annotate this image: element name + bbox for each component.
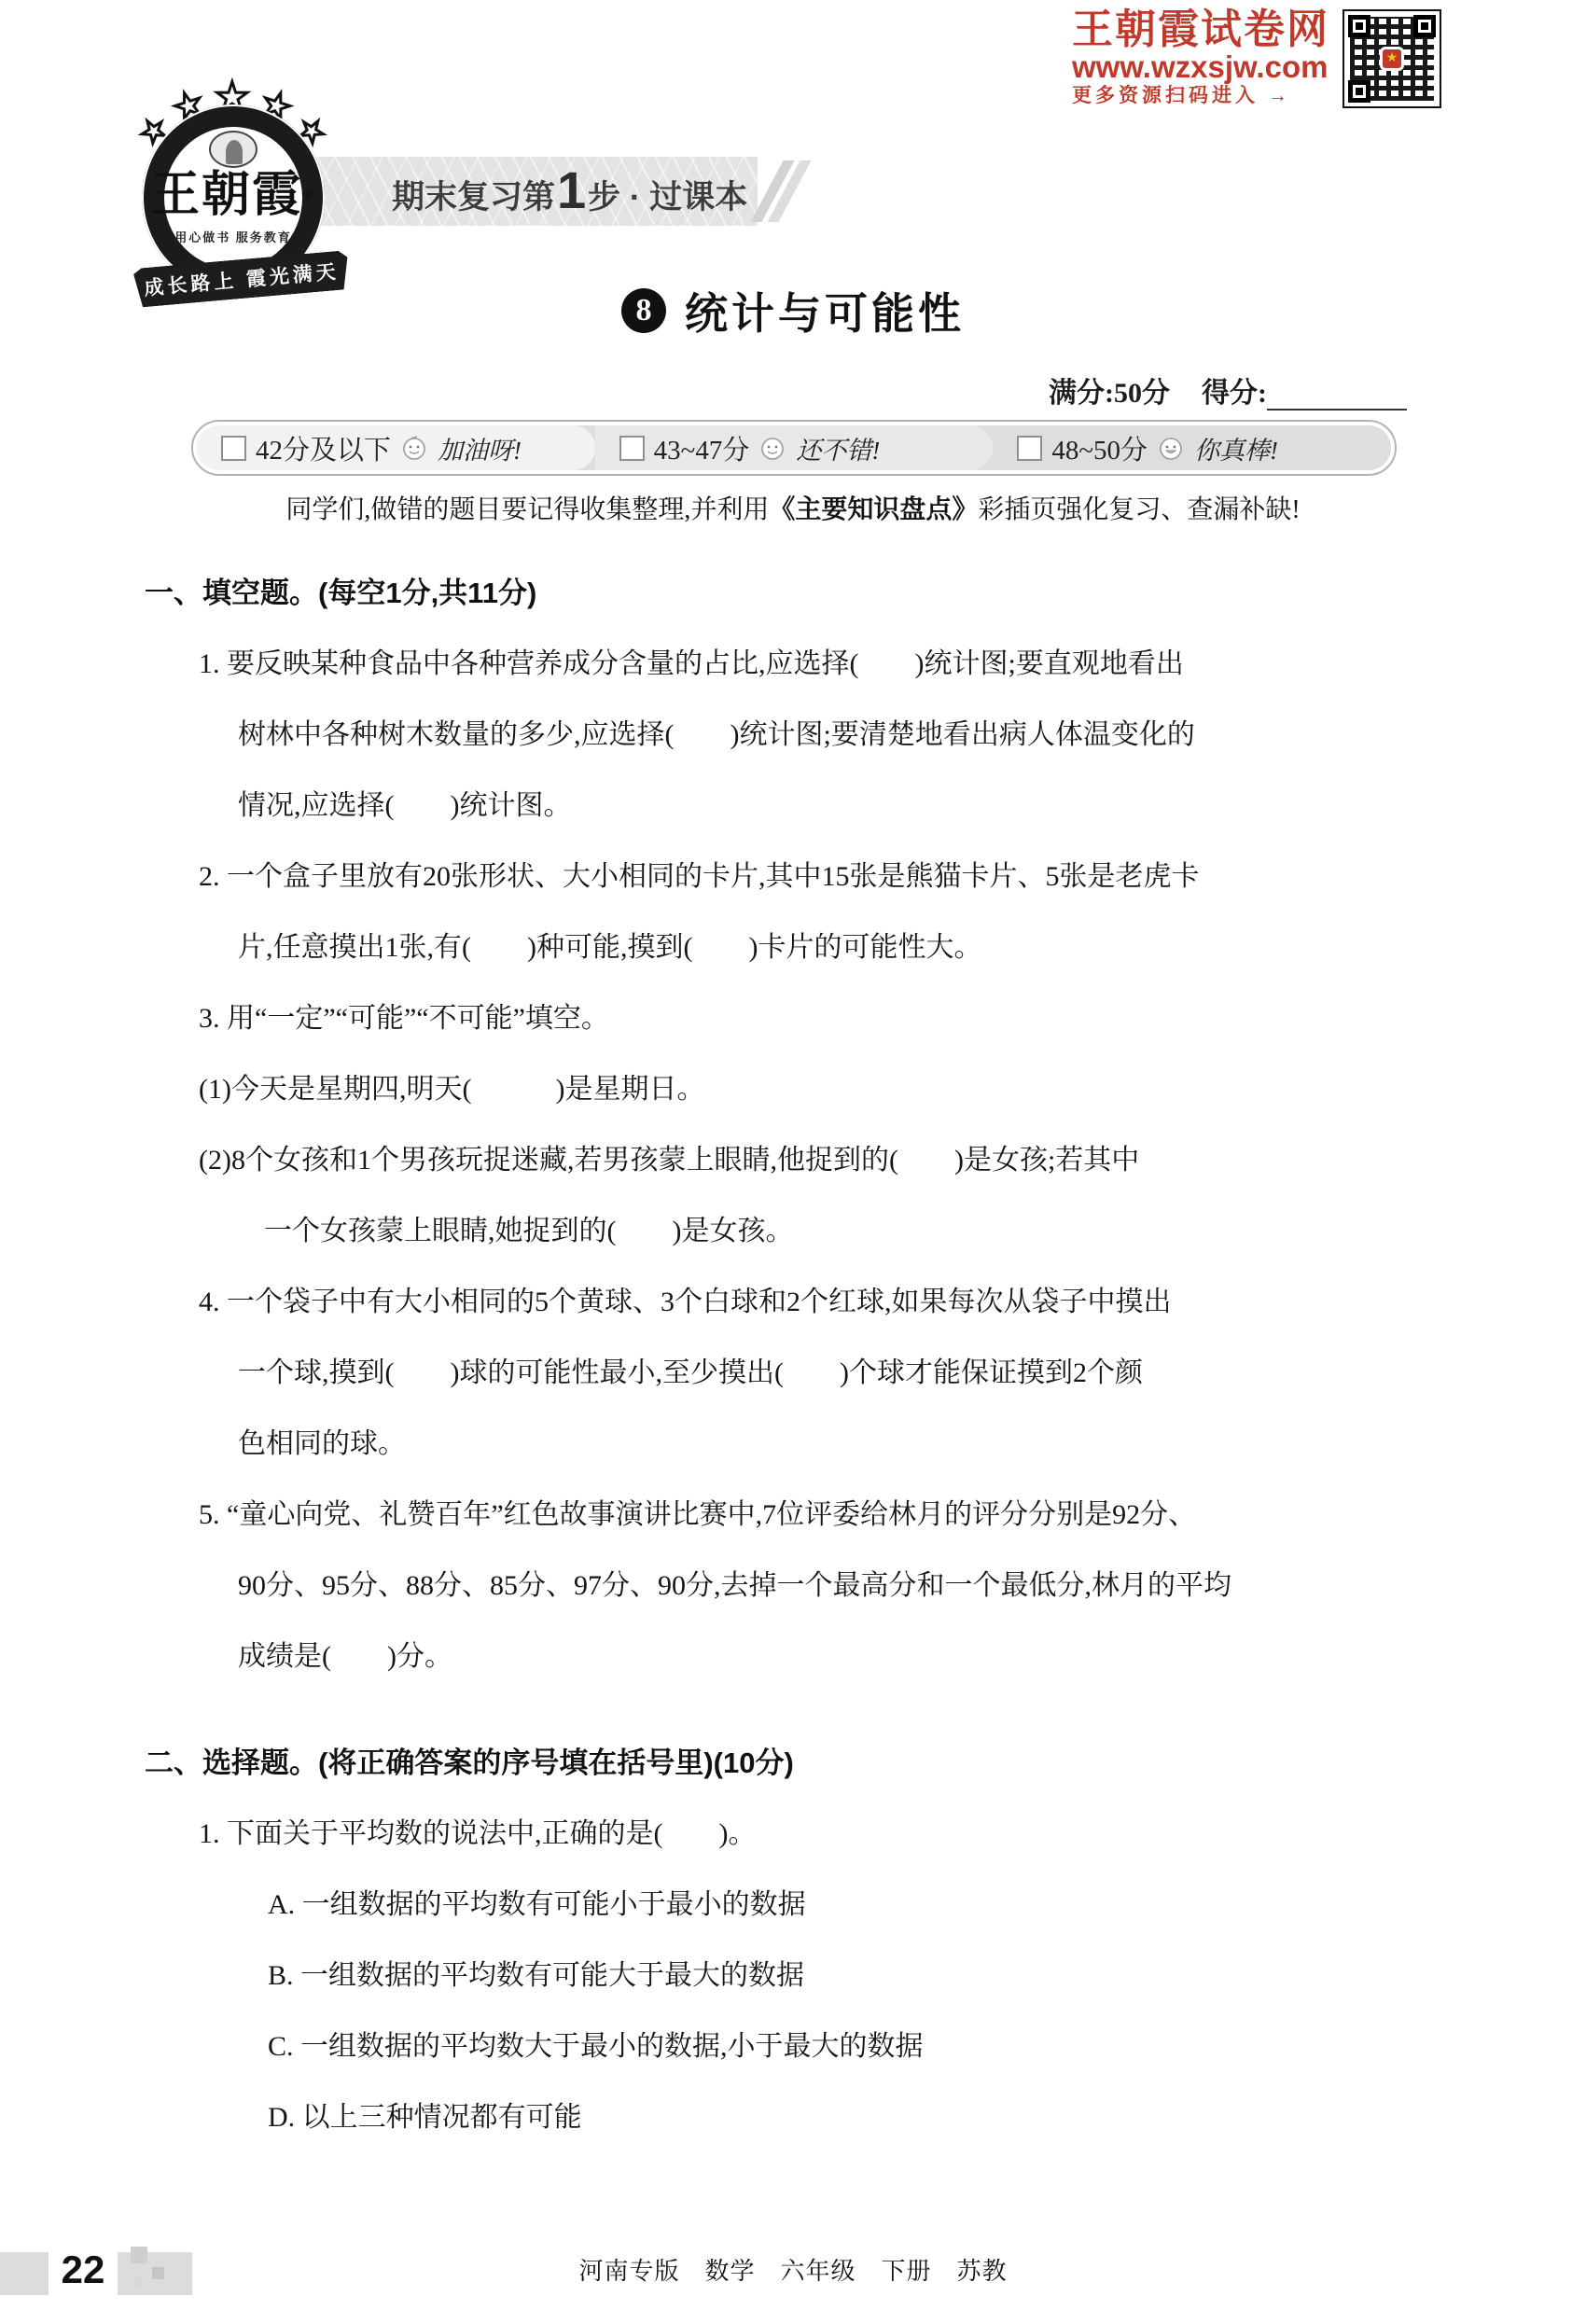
question-line: 2. 一个盒子里放有20张形状、大小相同的卡片,其中15张是熊猫卡片、5张是老虎…	[145, 842, 1448, 912]
portrait-icon	[209, 131, 257, 168]
qr-finder-icon	[1348, 15, 1370, 37]
qr-hint-text: 更多资源扫码进入 →	[1072, 84, 1329, 108]
question-line: 4. 一个袋子中有大小相同的5个黄球、3个白球和2个红球,如果每次从袋子中摸出	[145, 1267, 1448, 1338]
logo-name: 王朝霞®	[129, 172, 338, 220]
qr-finder-icon	[1348, 80, 1370, 103]
logo-tagline: 用心做书 服务教育	[129, 228, 338, 245]
score-blank[interactable]	[1267, 383, 1407, 411]
lesson-number-badge: 8	[621, 288, 666, 333]
question-area: 一、填空题。(每空1分,共11分) 1. 要反映某种食品中各种营养成分含量的占比…	[145, 558, 1448, 2153]
score-band-mid: 43~47分 还不错!	[595, 425, 994, 470]
band-remark: 加油呀!	[438, 430, 522, 466]
score-band-pill: 42分及以下 加油呀! 43~47分 还不错! 48~50分 你真棒!	[191, 420, 1397, 476]
option-line: B. 一组数据的平均数有可能大于最大的数据	[145, 1941, 1448, 2011]
full-score-label: 满分:50分	[1049, 378, 1170, 409]
question-line: 5. “童心向党、礼赞百年”红色故事演讲比赛中,7位评委给林月的评分分别是92分…	[145, 1480, 1448, 1551]
band-remark: 还不错!	[796, 430, 880, 466]
question-line: 情况,应选择( )统计图。	[145, 771, 1448, 842]
question-line: 成绩是( )分。	[145, 1621, 1448, 1692]
question-line: 1. 下面关于平均数的说法中,正确的是( )。	[145, 1799, 1448, 1870]
site-url: www.wzxsjw.com	[1072, 50, 1329, 84]
question-line: 一个女孩蒙上眼睛,她捉到的( )是女孩。	[145, 1196, 1448, 1267]
emblem-icon	[1380, 47, 1404, 71]
option-line: A. 一组数据的平均数有可能小于最小的数据	[145, 1870, 1448, 1941]
score-line: 满分:50分得分:	[1049, 369, 1407, 411]
score-band-low: 42分及以下 加油呀!	[197, 425, 595, 470]
lesson-title-text: 统计与可能性	[685, 280, 965, 341]
option-line: C. 一组数据的平均数大于最小的数据,小于最大的数据	[145, 2011, 1448, 2082]
question-line: (1)今天是星期四,明天( )是星期日。	[145, 1054, 1448, 1125]
qr-code	[1343, 9, 1441, 108]
band-label: 42分及以下	[256, 429, 391, 467]
smiley-icon	[400, 434, 428, 462]
checkbox[interactable]	[1017, 436, 1042, 461]
step-banner-text: 期末复习第1步 · 过课本	[392, 164, 747, 218]
checkbox[interactable]	[221, 436, 246, 461]
notice-line: 同学们,做错的题目要记得收集整理,并利用《主要知识盘点》彩插页强化复习、查漏补缺…	[0, 489, 1586, 526]
question-line: (2)8个女孩和1个男孩玩捉迷藏,若男孩蒙上眼睛,他捉到的( )是女孩;若其中	[145, 1125, 1448, 1196]
smiley-icon	[1157, 434, 1185, 462]
band-label: 43~47分	[654, 429, 750, 467]
question-line: 一个球,摸到( )球的可能性最小,至少摸出( )个球才能保证摸到2个颜	[145, 1338, 1448, 1409]
worksheet-page: 王朝霞试卷网 www.wzxsjw.com 更多资源扫码进入 → ★ ★ ★ ★…	[0, 0, 1586, 2324]
qr-finder-icon	[1413, 15, 1436, 37]
book-title: 《主要知识盘点》	[769, 494, 978, 523]
option-line: D. 以上三种情况都有可能	[145, 2082, 1448, 2153]
registered-mark: ®	[302, 188, 315, 203]
question-line: 片,任意摸出1张,有( )种可能,摸到( )卡片的可能性大。	[145, 912, 1448, 983]
checkbox[interactable]	[619, 436, 645, 461]
site-brand: 王朝霞试卷网	[1072, 9, 1329, 50]
smiley-icon	[758, 434, 786, 462]
band-label: 48~50分	[1051, 429, 1148, 467]
footer-edition-info: 河南专版 数学 六年级 下册 苏教	[0, 2252, 1586, 2287]
site-header: 王朝霞试卷网 www.wzxsjw.com 更多资源扫码进入 →	[1072, 9, 1441, 108]
question-line: 3. 用“一定”“可能”“不可能”填空。	[145, 983, 1448, 1054]
score-band-high: 48~50分 你真棒!	[993, 425, 1391, 470]
question-line: 90分、95分、88分、85分、97分、90分,去掉一个最高分和一个最低分,林月…	[145, 1551, 1448, 1621]
question-line: 色相同的球。	[145, 1409, 1448, 1480]
question-line: 1. 要反映某种食品中各种营养成分含量的占比,应选择( )统计图;要直观地看出	[145, 629, 1448, 700]
section2-title: 二、选择题。(将正确答案的序号填在括号里)(10分)	[145, 1728, 1448, 1799]
step-number: 1	[555, 160, 588, 219]
got-score-label: 得分:	[1202, 378, 1267, 409]
band-remark: 你真棒!	[1194, 430, 1278, 466]
publisher-logo: ★ ★ ★ ★ ★ 王朝霞® 用心做书 服务教育 成长路上 霞光满天	[129, 82, 343, 306]
section1-title: 一、填空题。(每空1分,共11分)	[145, 558, 1448, 629]
question-line: 树林中各种树木数量的多少,应选择( )统计图;要清楚地看出病人体温变化的	[145, 700, 1448, 771]
